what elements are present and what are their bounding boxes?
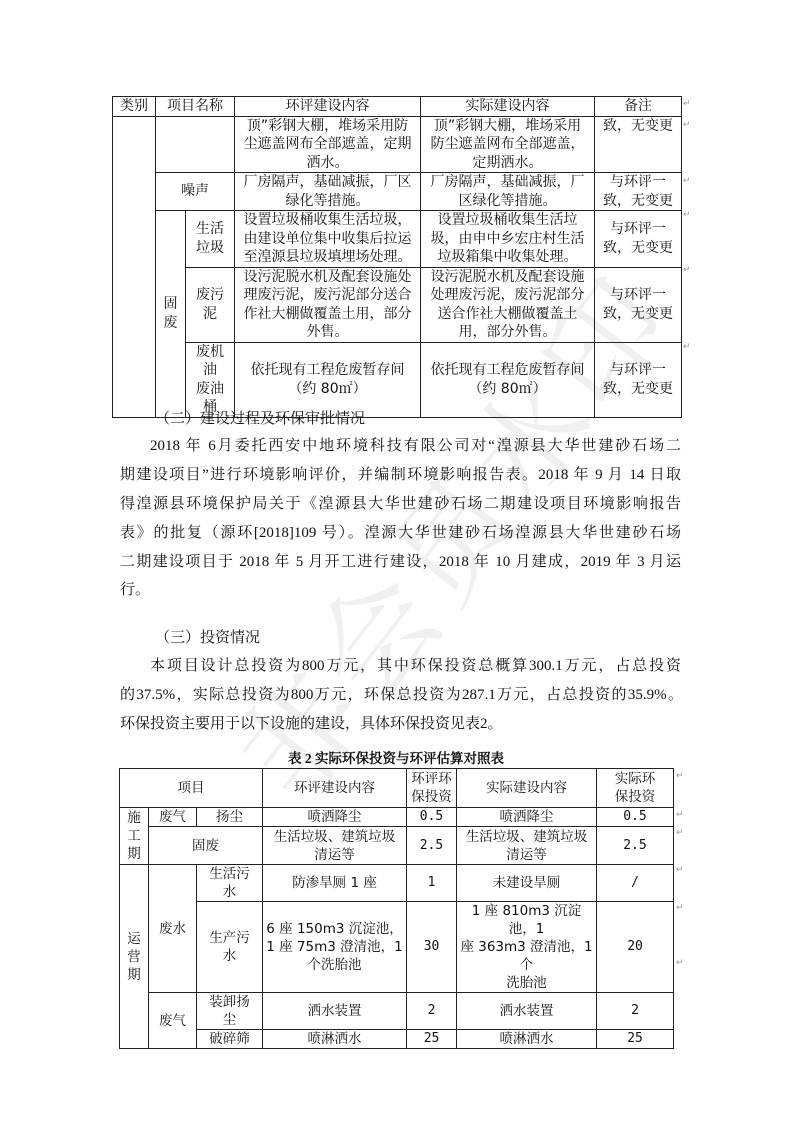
paragraph-mark-icon: ↵ (683, 210, 691, 220)
actual-content-cell: 未建设旱厕 (457, 865, 597, 902)
item-cell: 噪声 (156, 173, 235, 211)
paragraph-line: 2018 年 6月委托西安中地环境科技有限公司对“湟源县大华世建砂石场二 (150, 435, 681, 457)
category-cell (113, 116, 156, 417)
eia-content-cell: 喷淋洒水 (263, 1030, 407, 1049)
paragraph-mark-icon: ↵ (676, 828, 684, 838)
table-row: 固 废 生活 垃圾 设置垃圾桶收集生活垃圾， 由建设单位集中收集后拉运 至湟源县… (113, 211, 682, 268)
paragraph-mark-icon: ↵ (683, 99, 691, 109)
actual-cell: 厂房隔声，基础减振，厂 区绿化等措施。 (421, 173, 595, 211)
header-item-name: 项目名称 (156, 97, 235, 117)
table-row: 废气 装卸扬 尘 洒水装置 2 洒水装置 2 (120, 993, 674, 1030)
eia-investment-cell: 1 (407, 865, 457, 902)
subitem-cell: 破碎筛 (197, 1030, 263, 1049)
item-cell: 生活 垃圾 (186, 211, 235, 268)
note-cell: 与环评一 致，无变更 (595, 342, 682, 417)
paragraph-mark-icon: ↵ (676, 810, 684, 820)
paragraph-line: 环保投资主要用于以下设施的建设，具体环保投资见表2。 (120, 713, 503, 735)
table-row: 生产污 水 6 座 150m3 沉淀池， 1 座 75m3 澄清池，1 个洗胎池… (120, 902, 674, 993)
table-row: 运 营 期 废水 生活污 水 防渗旱厕 1 座 1 未建设旱厕 / (120, 865, 674, 902)
category-cell: 废气 (149, 993, 197, 1049)
eia-investment-cell: 2.5 (407, 827, 457, 865)
phase-construction: 施 工 期 (120, 808, 149, 865)
actual-content-cell: 喷淋洒水 (457, 1030, 597, 1049)
eia-content-cell: 6 座 150m3 沉淀池， 1 座 75m3 澄清池，1 个洗胎池 (263, 902, 407, 993)
paragraph-line: 行。 (120, 579, 150, 601)
eia-investment-cell: 0.5 (407, 808, 457, 827)
eia-cell: 设污泥脱水机及配套设施处 理废污泥，废污泥部分送合 作社大棚做覆盖土用，部分 外… (235, 267, 421, 342)
header-eia-investment: 环评环 保投资 (407, 769, 457, 808)
header-eia-content: 环评建设内容 (263, 769, 407, 808)
header-category: 类别 (113, 97, 156, 117)
actual-content-cell: 1 座 810m3 沉淀池，1 座 363m3 澄清池，1 个 洗胎池 (457, 902, 597, 993)
investment-comparison-table: 项目 环评建设内容 环评环 保投资 实际建设内容 实际环 保投资 施 工 期 废… (119, 768, 674, 1049)
item-cell: 废污 泥 (186, 267, 235, 342)
note-cell: 与环评一 致，无变更 (595, 267, 682, 342)
phase-operation: 运 营 期 (120, 865, 149, 1049)
category-cell: 废水 (149, 865, 197, 993)
paragraph-mark-icon: ↵ (676, 865, 684, 875)
table-row: 破碎筛 喷淋洒水 25 喷淋洒水 25 (120, 1030, 674, 1049)
actual-investment-cell: 2.5 (597, 827, 674, 865)
paragraph-line: 的37.5%，实际总投资为800万元，环保总投资为287.1万元，占总投资的35… (120, 684, 683, 706)
section-heading-investment: （三）投资情况 (155, 626, 260, 648)
table-caption: 表 2 实际环保投资与环评估算对照表 (119, 750, 673, 768)
item-cell (156, 116, 235, 173)
paragraph-mark-icon: ↵ (683, 342, 691, 352)
environmental-measures-table: 类别 项目名称 环评建设内容 实际建设内容 备注 顶”彩钢大棚，堆场采用防 尘遮… (112, 96, 682, 418)
paragraph-mark-icon: ↵ (676, 958, 684, 968)
eia-content-cell: 生活垃圾、建筑垃圾 清运等 (263, 827, 407, 865)
eia-cell: 设置垃圾桶收集生活垃圾， 由建设单位集中收集后拉运 至湟源县垃圾填埋场处理。 (235, 211, 421, 268)
paragraph-line: 二期建设项目于 2018 年 5 月开工进行建设，2018 年 10 月建成，2… (120, 551, 681, 573)
table-row: 废机 油 废油 桶 依托现有工程危废暂存间 （约 80㎡） 依托现有工程危废暂存… (113, 342, 682, 417)
eia-investment-cell: 2 (407, 993, 457, 1030)
actual-cell: 设置垃圾桶收集生活垃 圾，由申中乡宏庄村生活 垃圾箱集中收集处理。 (421, 211, 595, 268)
paragraph-mark-icon: ↵ (683, 265, 691, 275)
header-eia-content: 环评建设内容 (235, 97, 421, 117)
category-cell: 废气 (149, 808, 197, 827)
actual-content-cell: 洒水装置 (457, 993, 597, 1030)
header-actual-content: 实际建设内容 (457, 769, 597, 808)
subitem-cell: 生产污 水 (197, 902, 263, 993)
actual-cell: 依托现有工程危废暂存间 （约 80㎡） (421, 342, 595, 417)
header-item: 项目 (120, 769, 263, 808)
eia-cell: 顶”彩钢大棚，堆场采用防 尘遮盖网布全部遮盖，定期 洒水。 (235, 116, 421, 173)
paragraph-line: 本项目设计总投资为800万元，其中环保投资总概算300.1万元，占总投资 (150, 655, 681, 677)
table-row: 废污 泥 设污泥脱水机及配套设施处 理废污泥，废污泥部分送合 作社大棚做覆盖土用… (113, 267, 682, 342)
actual-investment-cell: 20 (597, 902, 674, 993)
actual-investment-cell: 25 (597, 1030, 674, 1049)
eia-investment-cell: 30 (407, 902, 457, 993)
subitem-cell: 装卸扬 尘 (197, 993, 263, 1030)
eia-cell: 厂房隔声，基础减振，厂区 绿化等措施。 (235, 173, 421, 211)
paragraph-line: 表》的批复（源环[2018]109 号）。湟源大华世建砂石场湟源县大华世建砂石场 (120, 522, 681, 544)
section-heading-construction-approval: （二）建设过程及环保审批情况 (155, 407, 365, 429)
eia-investment-cell: 25 (407, 1030, 457, 1049)
paragraph-line: 得湟源县环境保护局关于《湟源县大华世建砂石场二期建设项目环境影响报告 (120, 493, 681, 515)
actual-investment-cell: 0.5 (597, 808, 674, 827)
table-header-row: 项目 环评建设内容 环评环 保投资 实际建设内容 实际环 保投资 (120, 769, 674, 808)
note-cell: 与环评一 致，无变更 (595, 211, 682, 268)
actual-cell: 设污泥脱水机及配套设施 处理废污泥，废污泥部分 送合作社大棚做覆盖土 用，部分外… (421, 267, 595, 342)
eia-content-cell: 防渗旱厕 1 座 (263, 865, 407, 902)
eia-cell: 依托现有工程危废暂存间 （约 80㎡） (235, 342, 421, 417)
actual-content-cell: 喷洒降尘 (457, 808, 597, 827)
eia-content-cell: 洒水装置 (263, 993, 407, 1030)
subitem-cell: 扬尘 (197, 808, 263, 827)
table-row: 施 工 期 废气 扬尘 喷洒降尘 0.5 喷洒降尘 0.5 (120, 808, 674, 827)
note-cell: 致，无变更 (595, 116, 682, 173)
eia-content-cell: 喷洒降尘 (263, 808, 407, 827)
actual-investment-cell: / (597, 865, 674, 902)
paragraph-mark-icon: ↵ (683, 176, 691, 186)
item-cell: 废机 油 废油 桶 (186, 342, 235, 417)
paragraph-line: 期建设项目”进行环境影响评价，并编制环境影响报告表。2018 年 9 月 14 … (120, 464, 681, 486)
paragraph-mark-icon: ↵ (676, 771, 684, 781)
actual-content-cell: 生活垃圾、建筑垃圾 清运等 (457, 827, 597, 865)
header-actual-content: 实际建设内容 (421, 97, 595, 117)
subitem-cell: 生活污 水 (197, 865, 263, 902)
table-row: 顶”彩钢大棚，堆场采用防 尘遮盖网布全部遮盖，定期 洒水。 顶”彩钢大棚，堆场采… (113, 116, 682, 173)
table-row: 固废 生活垃圾、建筑垃圾 清运等 2.5 生活垃圾、建筑垃圾 清运等 2.5 (120, 827, 674, 865)
paragraph-mark-icon: ↵ (676, 903, 684, 913)
actual-investment-cell: 2 (597, 993, 674, 1030)
actual-cell: 顶”彩钢大棚，堆场采用 防尘遮盖网布全部遮盖， 定期洒水。 (421, 116, 595, 173)
header-actual-investment: 实际环 保投资 (597, 769, 674, 808)
category-cell: 固废 (149, 827, 263, 865)
header-remarks: 备注 (595, 97, 682, 117)
group-cell: 固 废 (156, 211, 186, 418)
paragraph-mark-icon: ↵ (683, 120, 691, 130)
note-cell: 与环评一 致，无变更 (595, 173, 682, 211)
table-row: 噪声 厂房隔声，基础减振，厂区 绿化等措施。 厂房隔声，基础减振，厂 区绿化等措… (113, 173, 682, 211)
table-header-row: 类别 项目名称 环评建设内容 实际建设内容 备注 (113, 97, 682, 117)
